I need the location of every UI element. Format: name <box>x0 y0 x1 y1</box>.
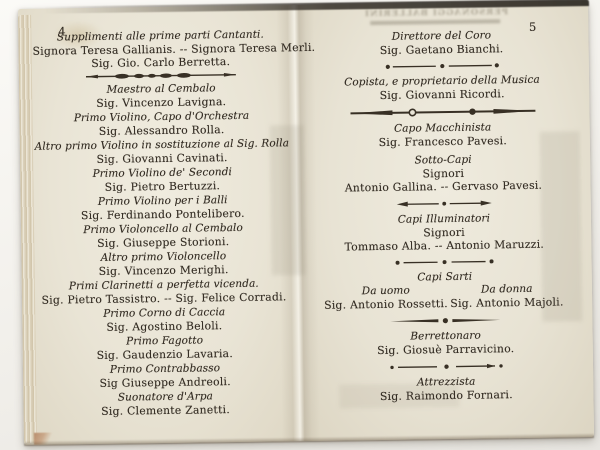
left-page-content: Supplimenti alle prime parti Cantanti. S… <box>32 28 293 421</box>
section-name-line: Sig. Francesco Pavesi. <box>312 133 574 150</box>
roster-section: Capi Illuminatori Signori Tommaso Alba. … <box>313 211 576 254</box>
roster-section: Primo Contrabbasso Sig Giuseppe Andreoli… <box>37 361 293 391</box>
roster-section: Capo Macchinista Sig. Francesco Pavesi. <box>312 120 574 150</box>
line-dot-ornament-divider <box>314 314 576 327</box>
section-name-line: Sig. Giosuè Parravicino. <box>315 341 577 358</box>
roster-section: Berrettonaro Sig. Giosuè Parravicino. <box>315 328 577 358</box>
roster-section: Direttore del Coro Sig. Gaetano Bianchi. <box>310 28 572 58</box>
roster-section: Attrezzista Sig. Raimondo Fornari. <box>315 374 577 404</box>
section-name-line: Sig. Antonio Rossetti. <box>324 297 448 312</box>
roster-section: Primo Violino de' Secondi Sig. Pietro Be… <box>34 165 290 195</box>
section-name-line: Sig. Raimondo Fornari. <box>315 387 577 404</box>
dot-rule-ornament-divider <box>311 60 573 72</box>
section-name-line: Sig. Pietro Bertuzzi. <box>34 178 290 195</box>
scanned-book-spread: PERSONAGGI BALLERINI 4 5 Supplimenti all… <box>18 1 594 445</box>
section-name-line: Sig. Ferdinando Pontelibero. <box>35 206 291 223</box>
roster-section: Capi Sarti Da uomo Sig. Antonio Rossetti… <box>314 269 577 312</box>
arrow-ornament-divider <box>313 197 575 210</box>
section-name-line: Sig. Vincenzo Lavigna. <box>33 94 289 111</box>
section-name-line: Sig. Gaudenzio Lavaria. <box>37 346 293 363</box>
roster-section: Primo Violino, Capo d'Orchestra Sig. Ale… <box>33 109 289 139</box>
column-da-uomo: Da uomo Sig. Antonio Rossetti. <box>324 284 448 312</box>
roster-section: Altro primo Violoncello Sig. Vincenzo Me… <box>35 249 291 279</box>
section-name-line: Sig Giuseppe Andreoli. <box>37 374 293 391</box>
roster-section: Suonatore d'Arpa Sig. Clemente Zanetti. <box>37 389 293 419</box>
dot-dash-ornament-divider <box>314 256 576 268</box>
roster-section: Maestro al Cembalo Sig. Vincenzo Lavigna… <box>33 81 289 111</box>
roster-section: Primo Fagotto Sig. Gaudenzio Lavaria. <box>37 333 293 363</box>
roster-section: Copista, e proprietario della Musica Sig… <box>311 73 573 103</box>
section-name-line: Sig. Vincenzo Merighi. <box>36 262 292 279</box>
section-name-line: Sig. Gaetano Bianchi. <box>311 41 573 58</box>
section-name-line: Sig. Antonio Majoli. <box>448 295 566 310</box>
roster-section: Primo Violino per i Balli Sig. Ferdinand… <box>35 193 291 223</box>
section-name-line: Tommaso Alba. -- Antonio Maruzzi. <box>313 237 575 254</box>
roster-section: Supplimenti alle prime parti Cantanti. S… <box>32 28 289 71</box>
dot-star-ornament-divider <box>315 360 577 373</box>
roster-section: Sotto-Capi Signori Antonio Gallina. -- G… <box>312 152 575 195</box>
two-column-list: Da uomo Sig. Antonio Rossetti. Da donna … <box>314 282 576 312</box>
roster-section: Primi Clarinetti a perfetta vicenda. Sig… <box>36 277 292 307</box>
section-name-line: Sig. Agostino Beloli. <box>36 318 292 335</box>
section-name-line: Sig. Alessandro Rolla. <box>34 122 290 139</box>
heavy-chain-ornament-divider <box>311 105 573 119</box>
section-name-line: Sig. Giuseppe Storioni. <box>35 234 291 251</box>
roster-section: Altro primo Violino in sostituzione al S… <box>34 137 290 167</box>
section-name-line: Sig. Clemente Zanetti. <box>38 402 294 419</box>
chain-ornament-divider <box>33 69 289 82</box>
roster-section: Primo Violoncello al Cembalo Sig. Giusep… <box>35 221 291 251</box>
roster-section: Primo Corno di Caccia Sig. Agostino Belo… <box>36 305 292 335</box>
right-page-content: Direttore del Coro Sig. Gaetano Bianchi.… <box>310 28 577 410</box>
section-name-line: Sig. Pietro Tassistro. -- Sig. Felice Co… <box>36 290 292 307</box>
column-da-donna: Da donna Sig. Antonio Majoli. <box>448 282 567 310</box>
section-name-line: Antonio Gallina. -- Gervaso Pavesi. <box>312 178 574 195</box>
